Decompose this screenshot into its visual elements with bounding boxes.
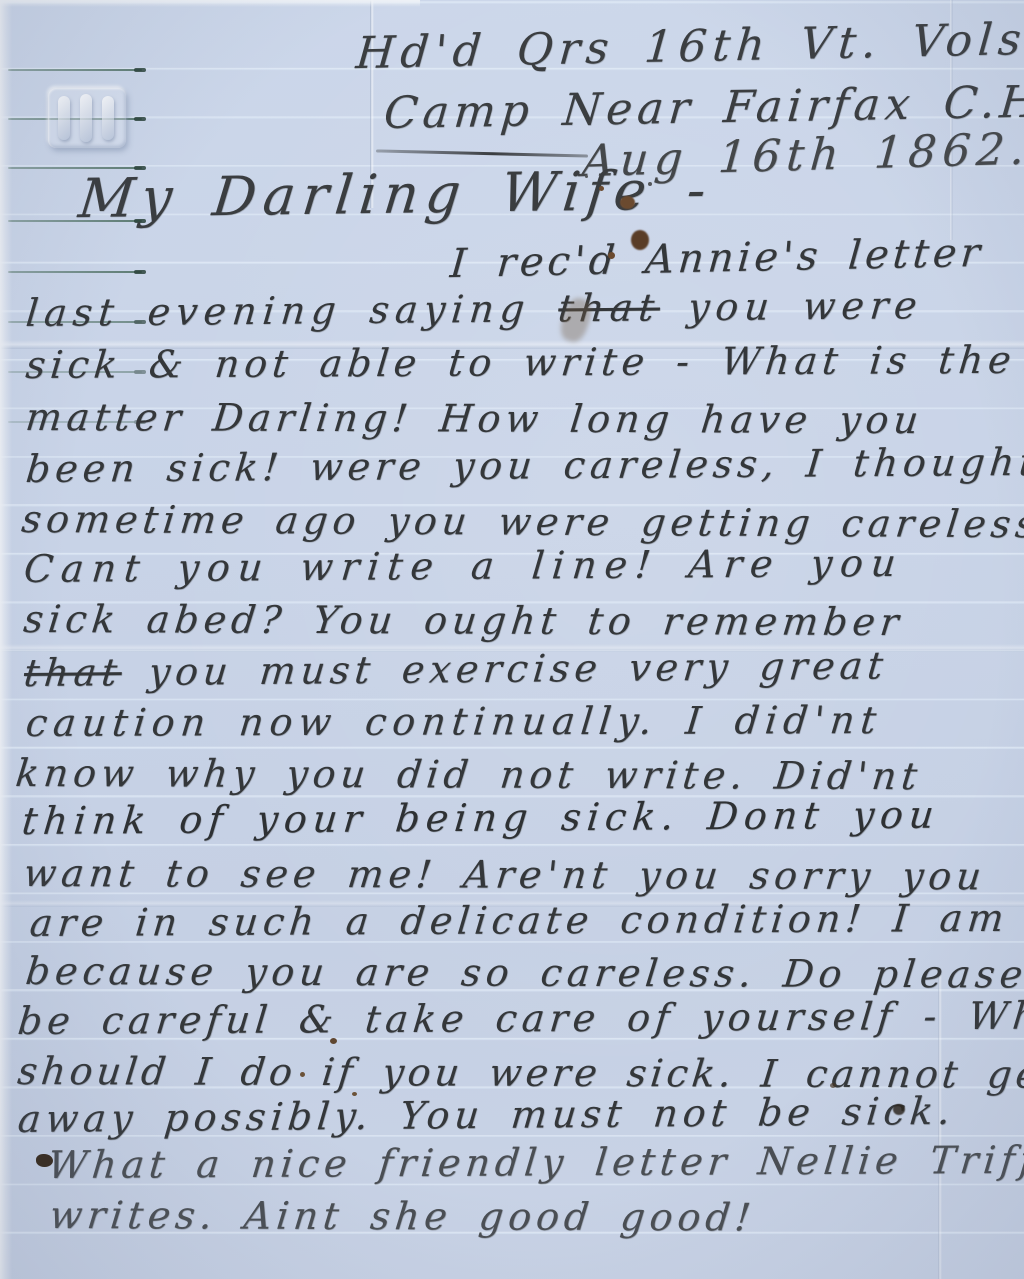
ink-blot [648, 182, 652, 186]
pen-flourish [376, 149, 588, 157]
ink-blot [300, 1072, 305, 1077]
letter-line: What a nice friendly letter Nellie Triff [46, 1141, 1024, 1184]
letter-line: away possibly. You must not be sick. [16, 1092, 957, 1138]
letter-line: sick abed? You ought to remember [22, 600, 906, 641]
ink-blot [620, 196, 635, 209]
margin-rule [8, 69, 142, 71]
ink-blot [585, 175, 588, 178]
letter-line: should I do if you were sick. I cannot g… [16, 1052, 1024, 1094]
letter-line: sometime ago you were getting careless. [20, 500, 1024, 543]
ink-blot [893, 1104, 905, 1115]
letter-line: are in such a delicate condition! I am [28, 899, 1010, 942]
letter-page: Hd'd Qrs 16th Vt. Vols, Camp Near Fairfa… [0, 0, 1024, 1279]
letter-line: that you must exercise very great [22, 646, 889, 692]
paper-edge [0, 0, 420, 7]
line-text: you must exercise very great [120, 643, 890, 694]
letter-line: sick & not able to write - What is the [24, 341, 1017, 384]
emboss-ridge [80, 94, 92, 142]
embossed-stamp [48, 88, 126, 148]
margin-rule [8, 271, 142, 273]
letter-line: because you are so careless. Do please [24, 952, 1024, 993]
struck-word: that [22, 650, 124, 695]
letter-line: be careful & take care of yourself - Wha… [16, 996, 1024, 1040]
letter-line: Cant you write a line! Are you [22, 544, 905, 588]
letter-line: been sick! were you careless, I thought [24, 443, 1024, 488]
emboss-ridge [102, 96, 114, 140]
letter-line: last evening saying that you were [24, 286, 924, 332]
ink-blot [608, 252, 615, 259]
ink-blot [599, 186, 604, 191]
ink-blot [631, 230, 649, 250]
ink-blot [830, 1083, 836, 1088]
letter-line: think of your being sick. Dont you [20, 796, 941, 840]
letter-line: know why you did not write. Did'nt [14, 754, 924, 795]
ink-blot [36, 1154, 53, 1167]
letter-line: caution now continually. I did'nt [24, 701, 884, 742]
emboss-ridge [58, 96, 70, 140]
line-text: you were [658, 283, 925, 329]
heading-unit-line: Hd'd Qrs 16th Vt. Vols, [354, 18, 1024, 77]
ink-blot [330, 1038, 337, 1044]
letter-line: want to see me! Are'nt you sorry you [22, 854, 988, 895]
letter-line: writes. Aint she good good! [48, 1196, 758, 1236]
salutation: My Darling Wife - [76, 163, 715, 226]
letter-line: I rec'd Annie's letter [449, 233, 986, 284]
paper-edge [0, 0, 12, 1279]
line-text: last evening saying [24, 286, 560, 335]
letter-line: matter Darling! How long have you [24, 398, 925, 439]
ink-blot [352, 1092, 357, 1096]
